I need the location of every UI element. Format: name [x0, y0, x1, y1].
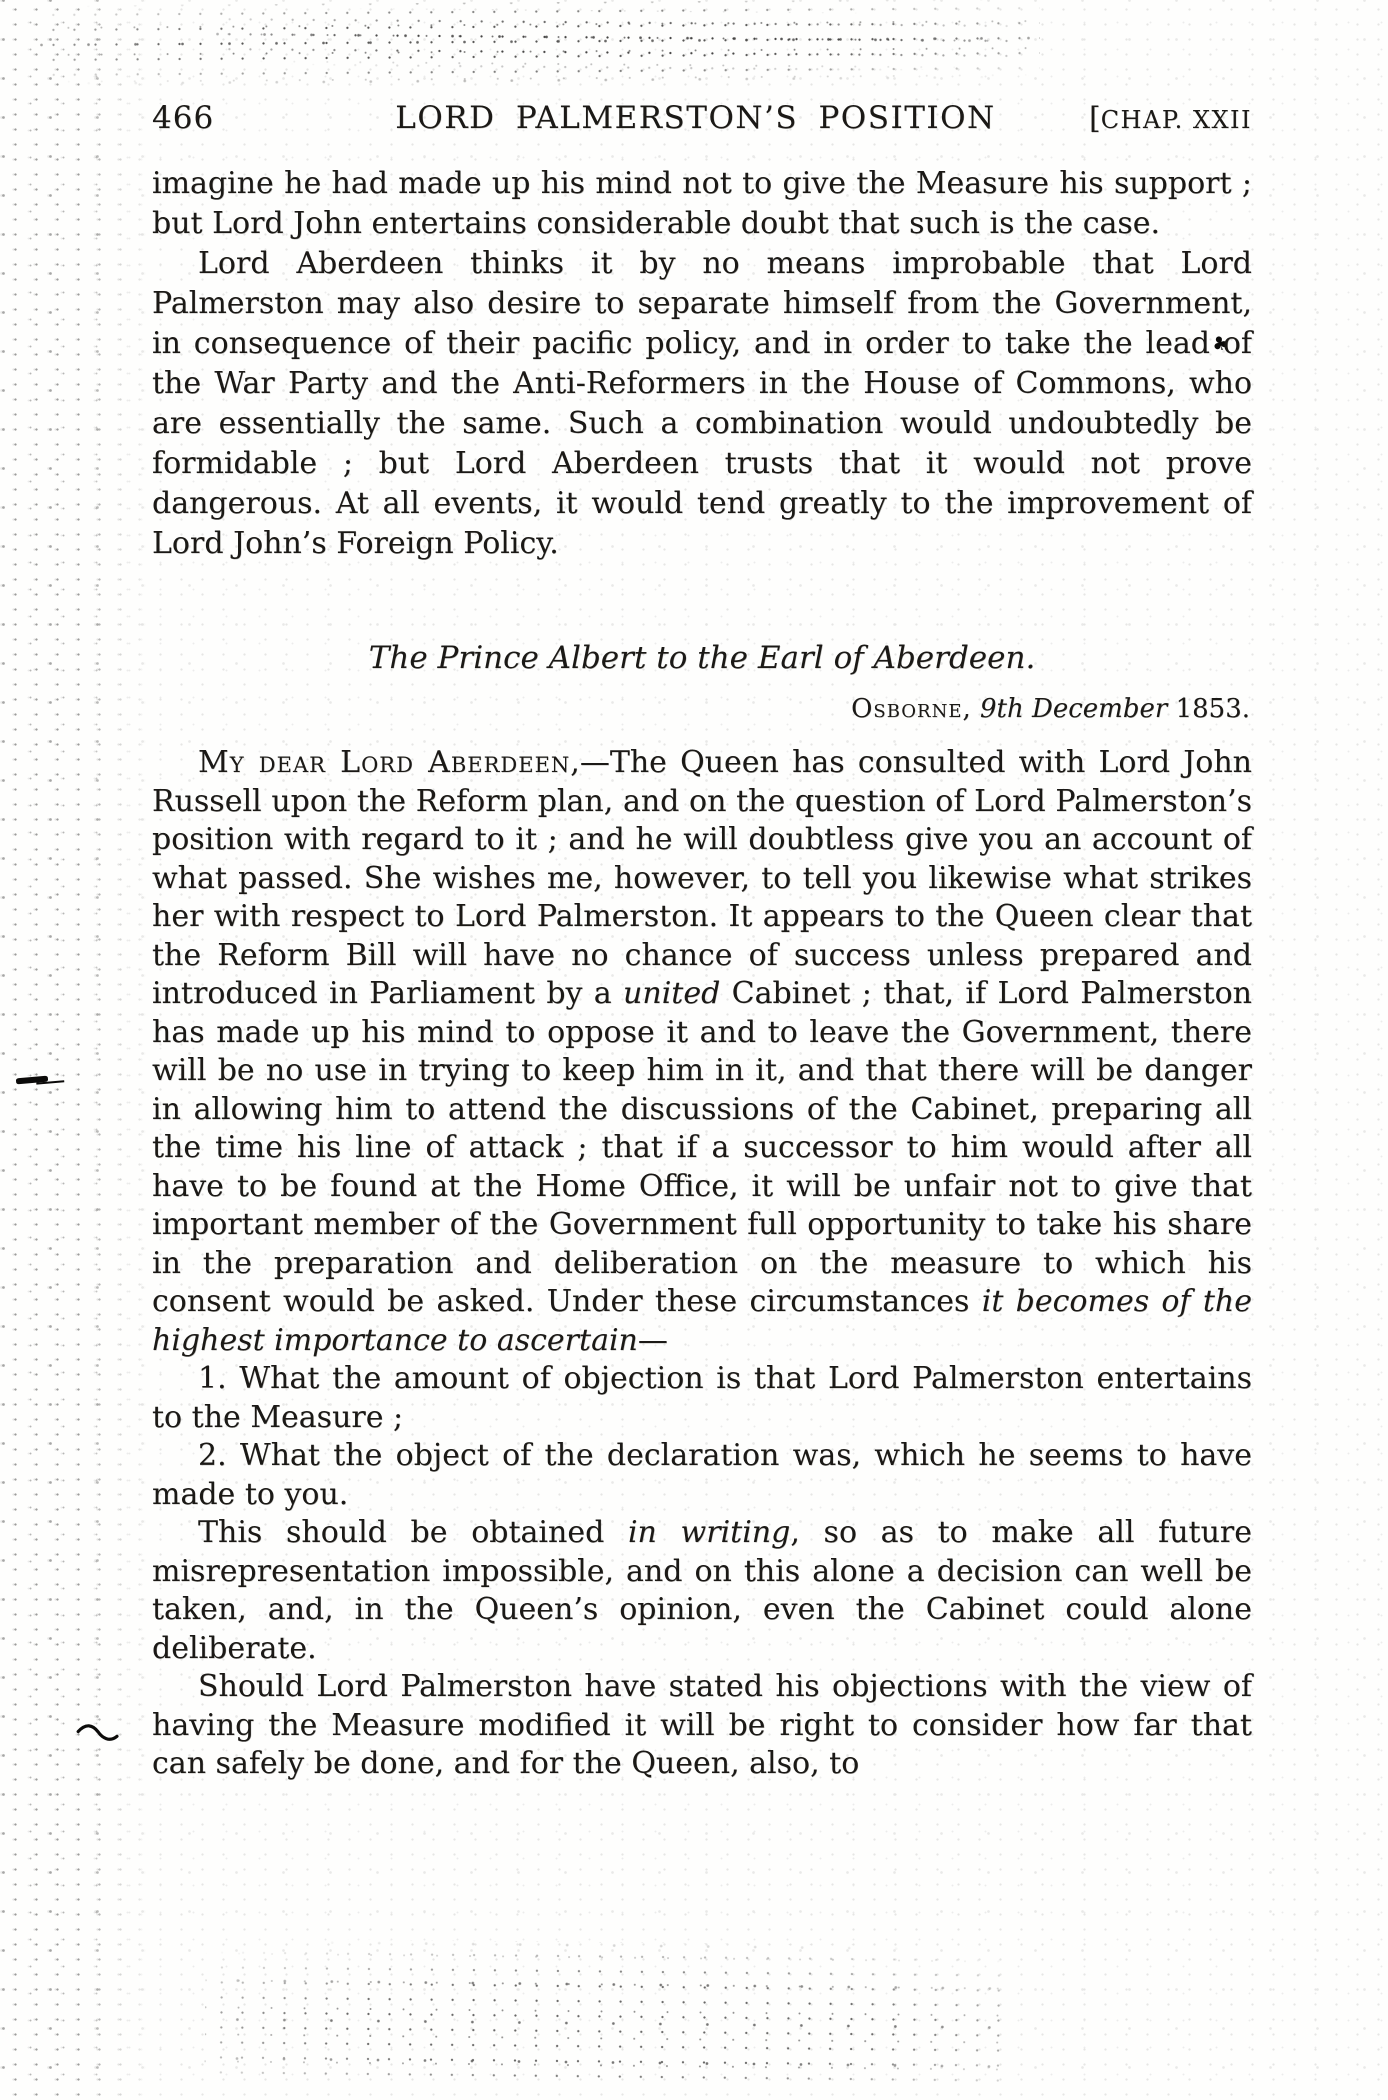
paragraph: imagine he had made up his mind not to g…	[152, 164, 1252, 244]
chapter-reference: [CHAP. XXII	[1089, 100, 1252, 138]
text-segment: Cabinet ; that, if Lord Palmerston has m…	[152, 976, 1252, 1319]
scan-noise-bottom-band	[204, 1938, 1015, 2086]
text-block: 466 LORD PALMERSTON’S POSITION [CHAP. XX…	[152, 100, 1252, 1784]
paragraph: Lord Aberdeen thinks it by no means impr…	[152, 244, 1252, 564]
text-segment: CHAP. XXII	[1101, 106, 1252, 134]
paragraph: 1. What the amount of objection is that …	[152, 1360, 1252, 1437]
text-segment: Should Lord Palmerston have stated his o…	[152, 1669, 1252, 1781]
letter-heading: The Prince Albert to the Earl of Aberdee…	[152, 640, 1252, 676]
text-segment: Osborne,	[851, 694, 972, 724]
text-segment: ,—The Queen has consulted with Lord John…	[152, 745, 1252, 1011]
paragraph: Should Lord Palmerston have stated his o…	[152, 1668, 1252, 1784]
text-segment: This should be obtained	[198, 1515, 628, 1550]
paragraph: 2. What the object of the declaration wa…	[152, 1437, 1252, 1514]
text-segment: My dear Lord Aberdeen	[198, 745, 570, 780]
section-body: imagine he had made up his mind not to g…	[152, 164, 1252, 564]
text-segment: —	[638, 1323, 668, 1358]
text-segment: imagine he had made up his mind not to g…	[152, 166, 1252, 241]
margin-dash-mark	[16, 1076, 48, 1085]
scanned-book-page: ♣ 466 LORD PALMERSTON’S POSITION [CHAP. …	[0, 0, 1388, 2100]
letter-dateline: Osborne, 9th December 1853.	[152, 694, 1252, 724]
margin-squiggle-mark	[75, 1720, 121, 1749]
letter-body: My dear Lord Aberdeen,—The Queen has con…	[152, 744, 1252, 1784]
text-segment: Lord Aberdeen thinks it by no means impr…	[152, 246, 1252, 561]
text-segment: [	[1089, 101, 1101, 136]
paragraph: This should be obtained in writing, so a…	[152, 1514, 1252, 1668]
running-title: LORD PALMERSTON’S POSITION	[302, 100, 1089, 136]
text-segment: united	[623, 976, 720, 1011]
text-segment: 9th December	[972, 694, 1176, 724]
page-number: 466	[152, 100, 302, 136]
text-segment: in writing	[628, 1515, 790, 1550]
scan-noise-top-blob	[210, 7, 1010, 74]
text-segment: 1853.	[1176, 694, 1250, 724]
scan-noise-top-band	[40, 0, 1041, 85]
scan-noise-left-margin	[2, 0, 148, 2100]
page-header: 466 LORD PALMERSTON’S POSITION [CHAP. XX…	[152, 100, 1252, 138]
text-segment: 2. What the object of the declaration wa…	[152, 1438, 1252, 1512]
paragraph: My dear Lord Aberdeen,—The Queen has con…	[152, 744, 1252, 1360]
text-segment: 1. What the amount of objection is that …	[152, 1361, 1252, 1435]
